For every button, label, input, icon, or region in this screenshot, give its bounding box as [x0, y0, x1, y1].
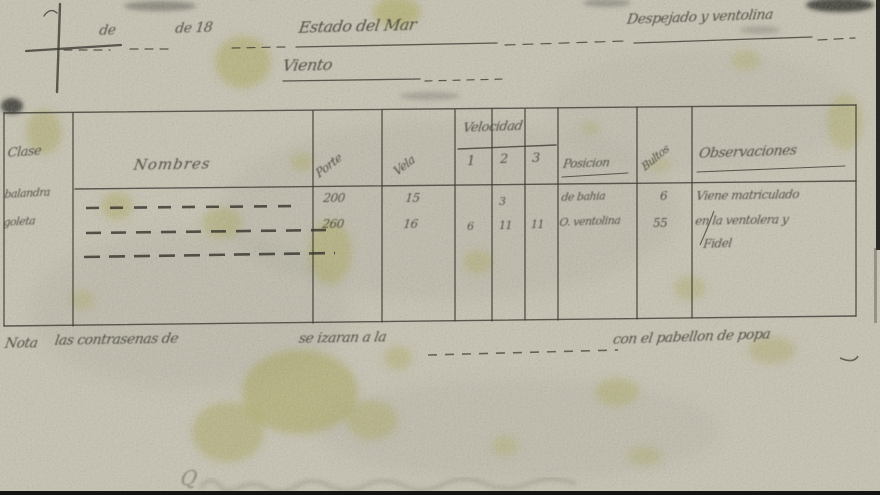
bottom-black-strip — [0, 491, 880, 495]
row1-vel2: 3 — [499, 196, 506, 207]
vel-sub-3: 3 — [532, 152, 540, 165]
row2-observaciones-line2: Fidel — [703, 237, 733, 250]
row2-clase: goleta — [3, 215, 36, 228]
heading-date-de: de — [99, 23, 117, 38]
row2-porte: 260 — [322, 218, 345, 230]
row1-observaciones: Viene matriculado — [696, 188, 800, 202]
col-header-velocidad: Velocidad — [462, 120, 523, 135]
col-header-clase: Clase — [7, 145, 42, 160]
row2-vel3: 11 — [531, 219, 544, 230]
heading-line2-label: Viento — [281, 57, 333, 74]
row1-clase: balandra — [4, 187, 51, 200]
row2-vel2: 11 — [499, 220, 512, 231]
heading-date-year: de 18 — [175, 21, 213, 36]
row1-vela: 15 — [405, 192, 421, 204]
note-body2: se izaran a la — [298, 330, 387, 346]
page-right-edge-faint — [874, 248, 877, 323]
footer-fragment: Q — [180, 467, 198, 488]
col-header-nombres: Nombres — [133, 157, 212, 173]
row2-bultos: 55 — [653, 217, 667, 229]
heading-estado-label: Estado del Mar — [298, 17, 418, 36]
row2-vela: 16 — [403, 218, 419, 230]
page-right-edge — [876, 0, 880, 250]
note-body1: las contrasenas de — [54, 332, 179, 348]
table-grid — [0, 0, 880, 495]
row1-bultos: 6 — [660, 190, 667, 202]
row2-posicion: O. ventolina — [559, 215, 621, 228]
row1-posicion: de bahia — [561, 190, 606, 203]
bottom-script-fragment — [200, 479, 576, 492]
scanned-log-page: de de 18 Estado del Mar Despejado y vent… — [0, 0, 880, 495]
row1-porte: 200 — [323, 192, 346, 204]
vel-sub-2: 2 — [500, 153, 508, 166]
row2-vel1: 6 — [467, 221, 474, 232]
note-prefix: Nota — [4, 336, 39, 351]
vel-sub-1: 1 — [467, 155, 475, 168]
col-header-posicion: Posicion — [562, 156, 610, 170]
col-header-observaciones: Observaciones — [698, 144, 798, 161]
row-dash-lines — [84, 206, 335, 257]
row2-observaciones: en la ventolera y — [695, 213, 789, 227]
